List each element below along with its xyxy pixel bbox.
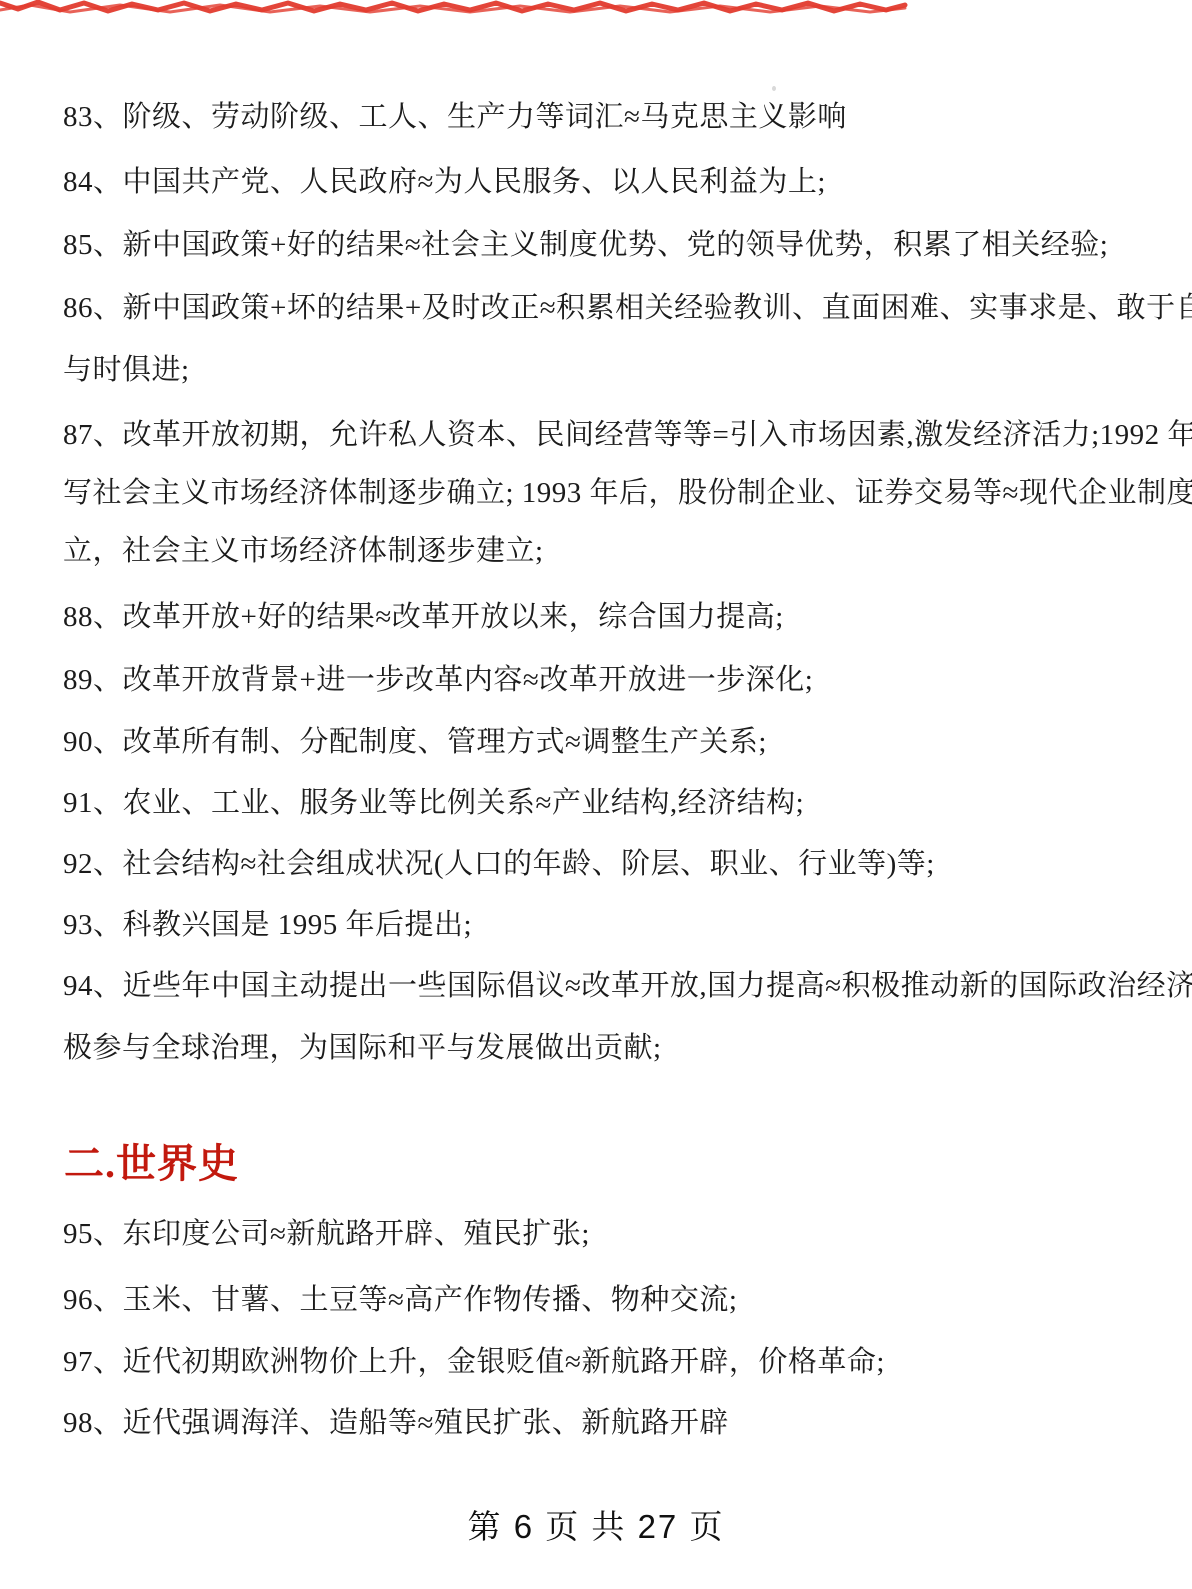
note-line-86-cont: 与时俱进;: [63, 354, 190, 386]
note-line-83: 83、阶级、劳动阶级、工人、生产力等词汇≈马克思主义影响: [63, 101, 847, 133]
note-line-95: 95、东印度公司≈新航路开辟、殖民扩张;: [63, 1218, 590, 1250]
note-line-90: 90、改革所有制、分配制度、管理方式≈调整生产关系;: [63, 726, 767, 758]
section-heading-world-history: 二.世界史: [64, 1142, 239, 1186]
note-line-88: 88、改革开放+好的结果≈改革开放以来，综合国力提高;: [63, 601, 784, 633]
note-line-89: 89、改革开放背景+进一步改革内容≈改革开放进一步深化;: [63, 664, 813, 696]
note-line-98: 98、近代强调海洋、造船等≈殖民扩张、新航路开辟: [63, 1407, 729, 1439]
page-number-footer: 第 6 页 共 27 页: [0, 1501, 1192, 1548]
note-line-92: 92、社会结构≈社会组成状况(人口的年龄、阶层、职业、行业等)等;: [63, 848, 935, 880]
smudge-mark: [772, 86, 776, 91]
note-line-93: 93、科教兴国是 1995 年后提出;: [63, 909, 472, 941]
note-line-87-cont2: 立，社会主义市场经济体制逐步建立;: [63, 535, 544, 567]
note-line-87-cont: 写社会主义市场经济体制逐步确立; 1993 年后，股份制企业、证券交易等≈现代企…: [63, 477, 1192, 509]
note-line-84: 84、中国共产党、人民政府≈为人民服务、以人民利益为上;: [63, 166, 826, 198]
document-page: 83、阶级、劳动阶级、工人、生产力等词汇≈马克思主义影响 84、中国共产党、人民…: [0, 0, 1192, 1589]
note-line-94-cont: 极参与全球治理，为国际和平与发展做出贡献;: [63, 1032, 662, 1064]
note-line-87: 87、改革开放初期，允许私人资本、民间经营等等=引入市场因素,激发经济活力;19…: [63, 419, 1192, 451]
note-line-97: 97、近代初期欧洲物价上升，金银贬值≈新航路开辟，价格革命;: [63, 1346, 885, 1378]
note-line-94: 94、近些年中国主动提出一些国际倡议≈改革开放,国力提高≈积极推动新的国际政治经…: [63, 970, 1192, 1002]
note-line-85: 85、新中国政策+好的结果≈社会主义制度优势、党的领导优势，积累了相关经验;: [63, 229, 1108, 261]
note-line-96: 96、玉米、甘薯、土豆等≈高产作物传播、物种交流;: [63, 1284, 737, 1316]
note-line-86: 86、新中国政策+坏的结果+及时改正≈积累相关经验教训、直面困难、实事求是、敢于…: [63, 292, 1192, 324]
red-torn-edge-icon: [0, 0, 920, 14]
note-line-91: 91、农业、工业、服务业等比例关系≈产业结构,经济结构;: [63, 787, 804, 819]
